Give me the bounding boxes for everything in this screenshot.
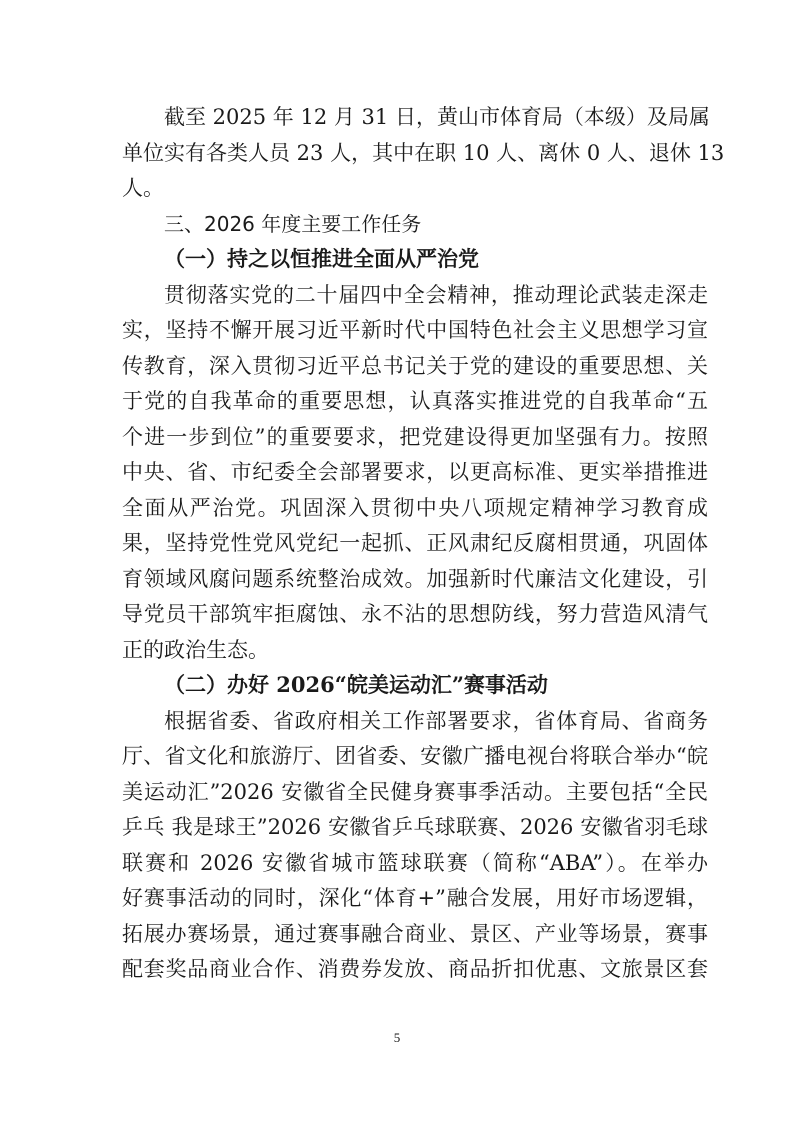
subsection-heading: （二）办好 2026“皖美运动汇”赛事活动 — [164, 667, 708, 703]
paragraph-line: 贯彻落实党的二十届四中全会精神，推动理论武装走深走 — [164, 277, 708, 313]
paragraph-line: 于党的自我革命的重要思想，认真落实推进党的自我革命“五 — [122, 383, 708, 419]
paragraph-line: 个进一步到位”的重要要求，把党建设得更加坚强有力。按照 — [122, 419, 708, 455]
paragraph-line: 育领域风腐问题系统整治成效。加强新时代廉洁文化建设，引 — [122, 561, 708, 597]
paragraph-line: 配套奖品商业合作、消费券发放、商品折扣优惠、文旅景区套 — [122, 951, 708, 987]
paragraph-line: 联赛和 2026 安徽省城市篮球联赛（简称“ABA”）。在举办 — [122, 845, 708, 881]
paragraph-line: 传教育，深入贯彻习近平总书记关于党的建设的重要思想、关 — [122, 348, 708, 384]
section-heading: 三、2026 年度主要工作任务 — [164, 206, 708, 242]
document-page: 截至 2025 年 12 月 31 日，黄山市体育局（本级）及局属 单位实有各类… — [0, 0, 793, 1122]
paragraph-line: 实，坚持不懈开展习近平新时代中国特色社会主义思想学习宣 — [122, 312, 708, 348]
paragraph-line: 正的政治生态。 — [122, 632, 708, 668]
paragraph-line: 人。 — [122, 170, 708, 206]
paragraph-line: 好赛事活动的同时，深化“体育+”融合发展，用好市场逻辑， — [122, 880, 708, 916]
paragraph-line: 根据省委、省政府相关工作部署要求，省体育局、省商务 — [164, 703, 708, 739]
paragraph-line: 全面从严治党。巩固深入贯彻中央八项规定精神学习教育成 — [122, 490, 708, 526]
paragraph-line: 美运动汇”2026 安徽省全民健身赛事季活动。主要包括“全民 — [122, 774, 708, 810]
paragraph-line: 导党员干部筑牢拒腐蚀、永不沾的思想防线，努力营造风清气 — [122, 596, 708, 632]
paragraph-line: 果，坚持党性党风党纪一起抓、正风肃纪反腐相贯通，巩固体 — [122, 525, 708, 561]
paragraph-line: 中央、省、市纪委全会部署要求，以更高标准、更实举措推进 — [122, 454, 708, 490]
paragraph-line: 厅、省文化和旅游厅、团省委、安徽广播电视台将联合举办“皖 — [122, 738, 708, 774]
paragraph-line: 拓展办赛场景，通过赛事融合商业、景区、产业等场景，赛事 — [122, 916, 708, 952]
paragraph-line: 截至 2025 年 12 月 31 日，黄山市体育局（本级）及局属 — [164, 99, 708, 135]
subsection-heading: （一）持之以恒推进全面从严治党 — [164, 241, 708, 277]
page-number: 5 — [391, 1030, 403, 1046]
paragraph-line: 单位实有各类人员 23 人，其中在职 10 人、离休 0 人、退休 13 — [122, 135, 708, 171]
paragraph-line: 乒乓 我是球王”2026 安徽省乒乓球联赛、2026 安徽省羽毛球 — [122, 809, 708, 845]
